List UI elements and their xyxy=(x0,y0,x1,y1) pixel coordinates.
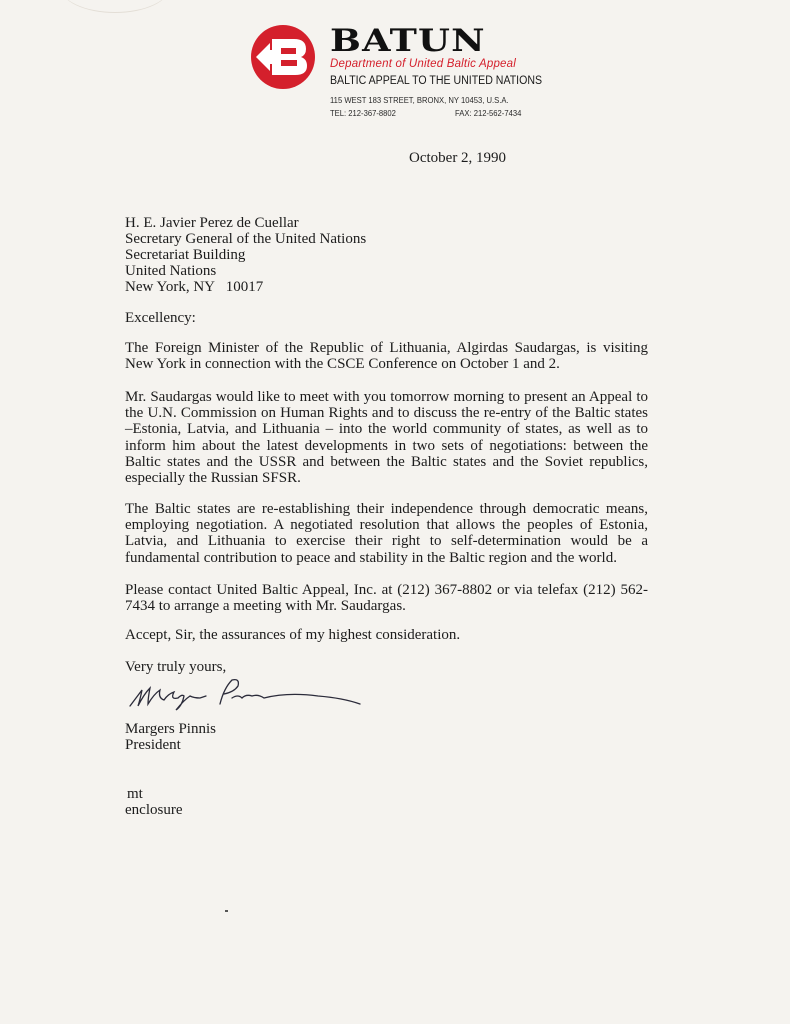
salutation: Excellency: xyxy=(125,310,196,327)
paragraph: Accept, Sir, the assurances of my highes… xyxy=(125,627,648,643)
paper-edge-curve xyxy=(60,0,170,13)
paragraph: Mr. Saudargas would like to meet with yo… xyxy=(125,389,648,486)
brand-name: BATUN xyxy=(330,24,486,58)
signer-block: Margers Pinnis President xyxy=(125,721,216,753)
signer-name: Margers Pinnis xyxy=(125,721,216,737)
telephone: TEL: 212-367-8802 xyxy=(330,108,396,118)
closing: Very truly yours, xyxy=(125,659,226,676)
paragraph: The Baltic states are re-establishing th… xyxy=(125,501,648,566)
letterhead: BATUN Department of United Baltic Appeal… xyxy=(250,24,530,124)
recipient-line: Secretary General of the United Nations xyxy=(125,231,366,247)
batun-logo-icon xyxy=(250,24,316,90)
paragraph: The Foreign Minister of the Republic of … xyxy=(125,340,648,372)
paper-speck xyxy=(225,910,228,912)
fax: FAX: 212-562-7434 xyxy=(455,108,521,118)
signer-title: President xyxy=(125,737,216,753)
recipient-line: New York, NY 10017 xyxy=(125,279,366,295)
typist-initials: mt xyxy=(125,786,182,802)
enclosure-note: enclosure xyxy=(125,802,182,818)
handwritten-signature xyxy=(128,676,368,716)
letter-date: October 2, 1990 xyxy=(409,150,506,167)
organization-line: BALTIC APPEAL TO THE UNITED NATIONS xyxy=(330,75,542,87)
recipient-line: Secretariat Building xyxy=(125,247,366,263)
address-line: 115 WEST 183 STREET, BRONX, NY 10453, U.… xyxy=(330,95,509,105)
recipient-line: United Nations xyxy=(125,263,366,279)
recipient-address: H. E. Javier Perez de Cuellar Secretary … xyxy=(125,215,366,295)
reference-block: mt enclosure xyxy=(125,786,182,818)
recipient-line: H. E. Javier Perez de Cuellar xyxy=(125,215,366,231)
paragraph: Please contact United Baltic Appeal, Inc… xyxy=(125,582,648,614)
department-line: Department of United Baltic Appeal xyxy=(330,58,516,70)
